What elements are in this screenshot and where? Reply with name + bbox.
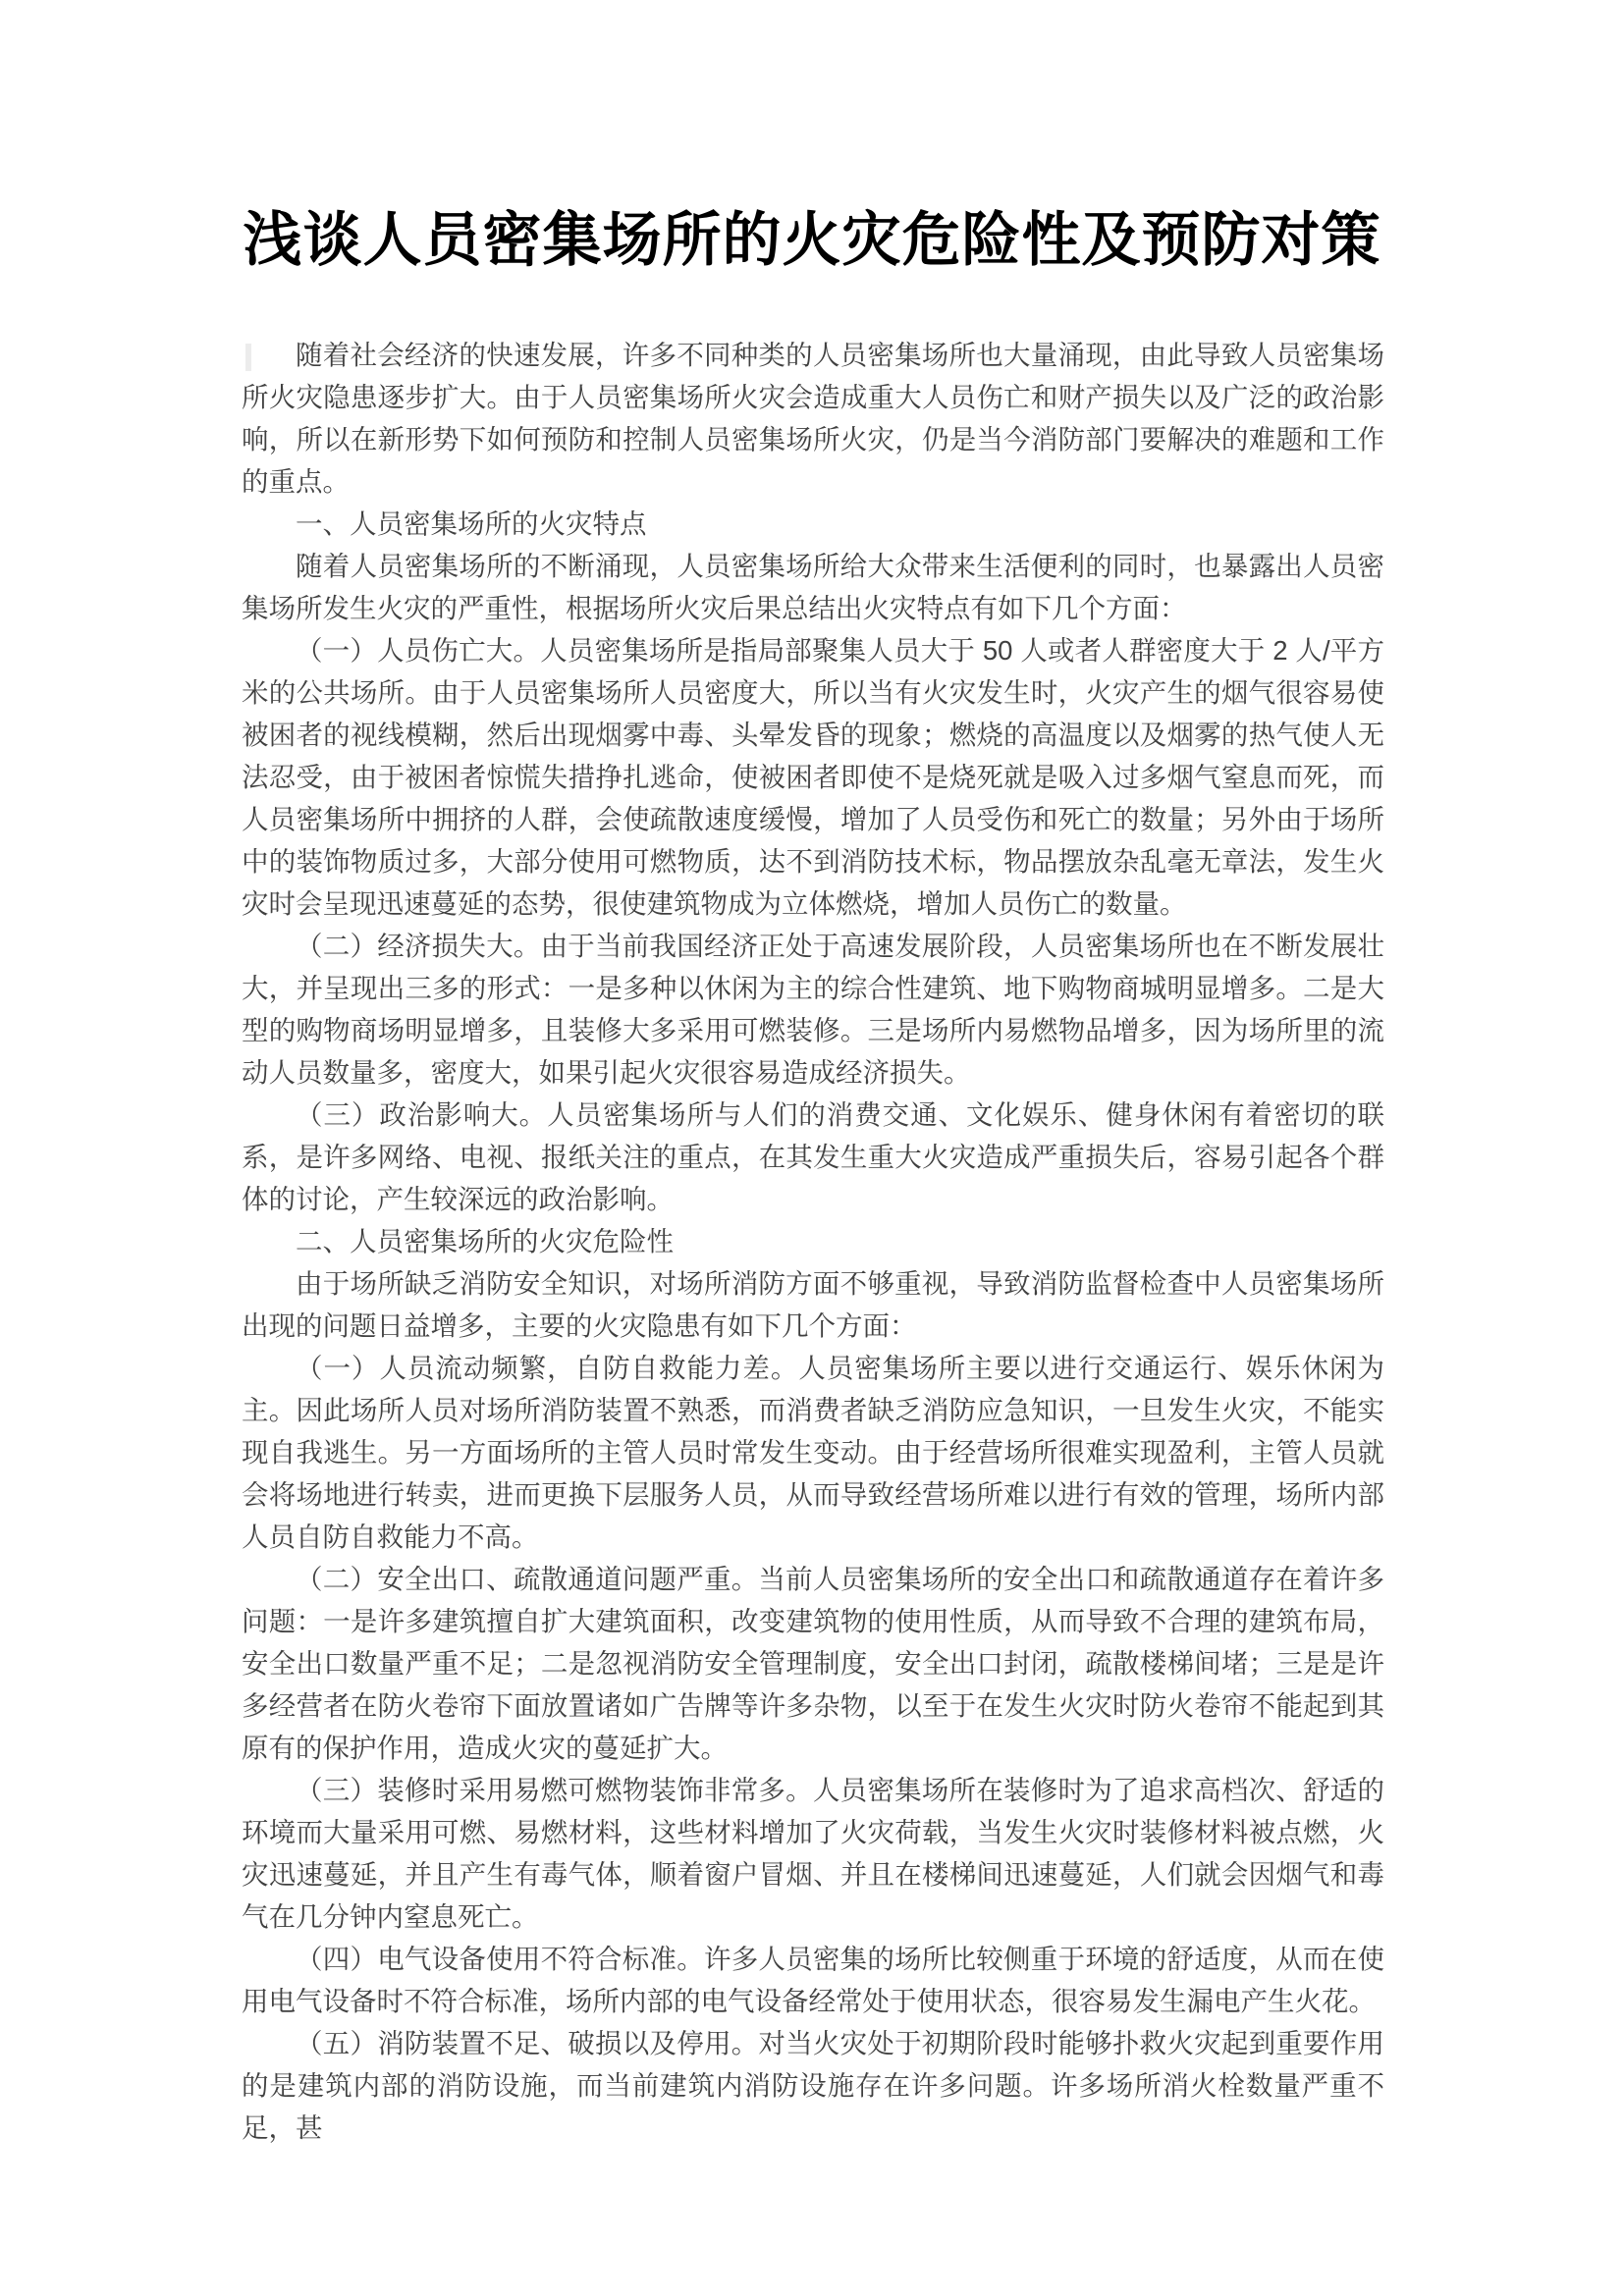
text-cursor-bar: [245, 344, 251, 371]
paragraph: 由于场所缺乏消防安全知识，对场所消防方面不够重视，导致消防监督检查中人员密集场所…: [242, 1262, 1384, 1347]
document-body: 随着社会经济的快速发展，许多不同种类的人员密集场所也大量涌现，由此导致人员密集场…: [242, 334, 1384, 2149]
paragraph: （三）装修时采用易燃可燃物装饰非常多。人员密集场所在装修时为了追求高档次、舒适的…: [242, 1769, 1384, 1938]
section-heading-2: 二、人员密集场所的火灾危险性: [242, 1220, 1384, 1262]
paragraph: （三）政治影响大。人员密集场所与人们的消费交通、文化娱乐、健身休闲有着密切的联系…: [242, 1094, 1384, 1220]
document-title: 浅谈人员密集场所的火灾危险性及预防对策: [0, 0, 1624, 283]
paragraph: 随着人员密集场所的不断涌现，人员密集场所给大众带来生活便利的同时，也暴露出人员密…: [242, 545, 1384, 629]
document-page: 浅谈人员密集场所的火灾危险性及预防对策 随着社会经济的快速发展，许多不同种类的人…: [0, 0, 1624, 2296]
paragraph: （二）安全出口、疏散通道问题严重。当前人员密集场所的安全出口和疏散通道存在着许多…: [242, 1558, 1384, 1769]
paragraph: （一）人员流动频繁，自防自救能力差。人员密集场所主要以进行交通运行、娱乐休闲为主…: [242, 1347, 1384, 1558]
paragraph: （四）电气设备使用不符合标准。许多人员密集的场所比较侧重于环境的舒适度，从而在使…: [242, 1938, 1384, 2022]
paragraph-intro: 随着社会经济的快速发展，许多不同种类的人员密集场所也大量涌现，由此导致人员密集场…: [242, 334, 1384, 503]
paragraph: （五）消防装置不足、破损以及停用。对当火灾处于初期阶段时能够扑救火灾起到重要作用…: [242, 2022, 1384, 2149]
paragraph: （二）经济损失大。由于当前我国经济正处于高速发展阶段，人员密集场所也在不断发展壮…: [242, 925, 1384, 1094]
section-heading-1: 一、人员密集场所的火灾特点: [242, 503, 1384, 545]
paragraph: （一）人员伤亡大。人员密集场所是指局部聚集人员大于 50 人或者人群密度大于 2…: [242, 629, 1384, 925]
